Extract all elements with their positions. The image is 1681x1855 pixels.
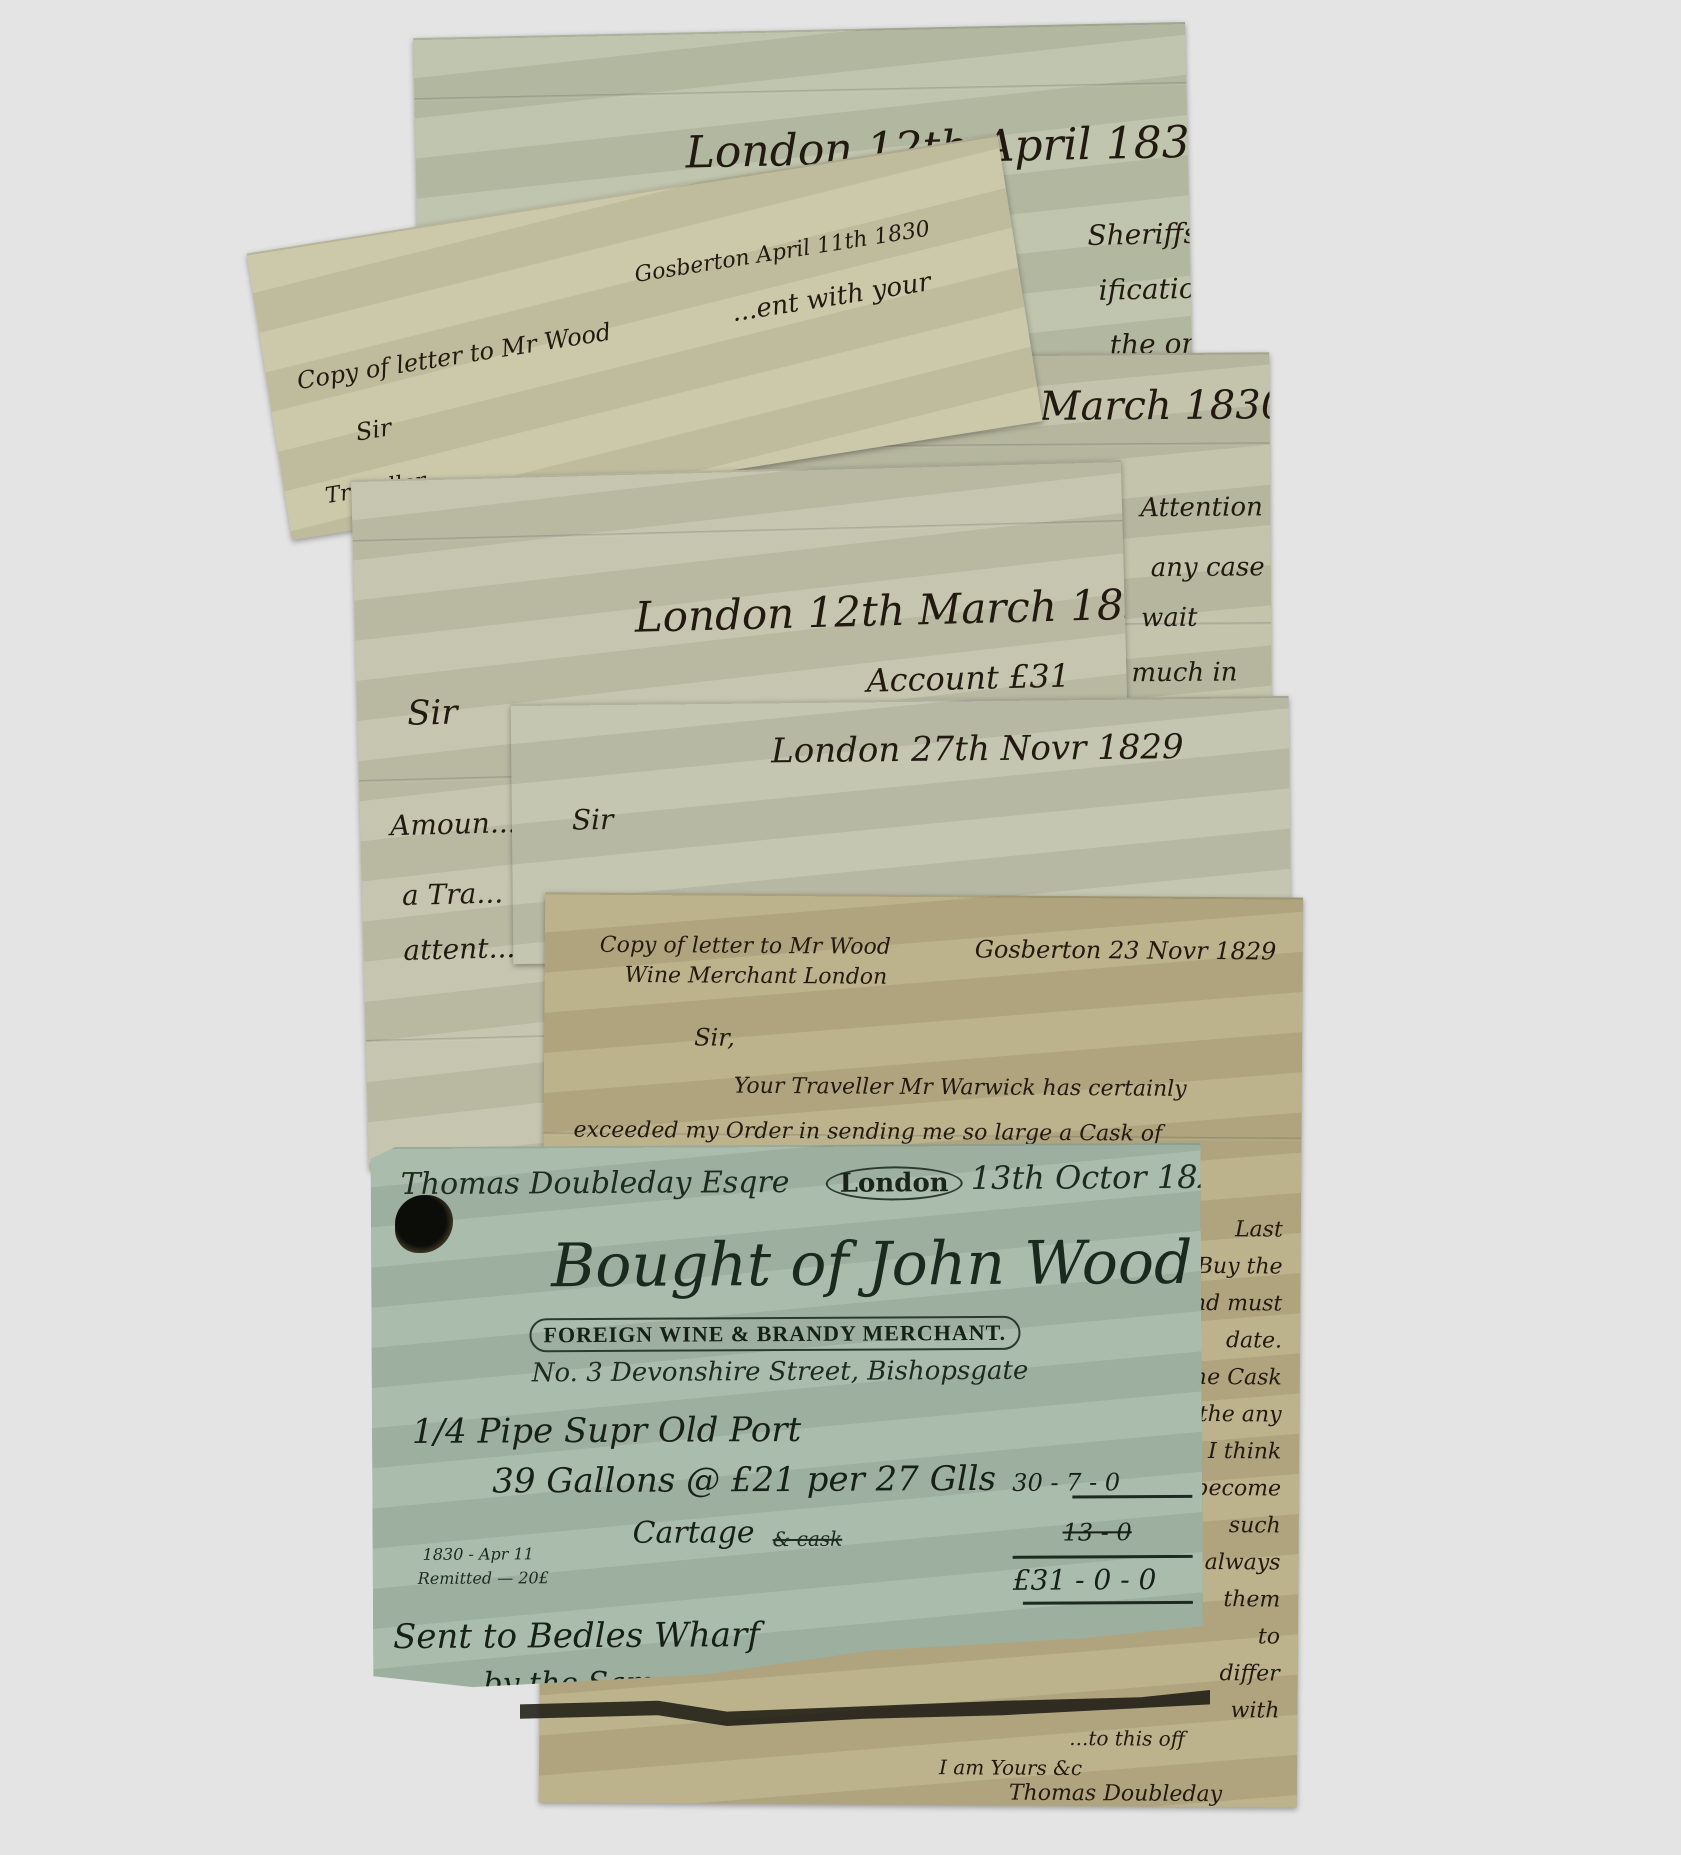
letter-closing: I am Yours &c — [939, 1755, 1082, 1780]
receipt-total: £31 - 0 - 0 — [1013, 1563, 1157, 1597]
amount-rule — [1072, 1495, 1192, 1499]
letter-fragment: a Tra... — [402, 876, 504, 912]
letter-fragment: Sheriffs — [1087, 217, 1195, 252]
letter-fragment: with — [1231, 1698, 1280, 1723]
receipt-seller-heading: Bought of John Wood — [551, 1228, 1193, 1301]
letter-fragment: Attention — [1140, 492, 1263, 523]
receipt-addressee: Thomas Doubleday Esqre — [401, 1165, 790, 1202]
receipt-trade-label: FOREIGN WINE & BRANDY MERCHANT. — [529, 1316, 1020, 1353]
letter-heading: Copy of letter to Mr Wood — [600, 933, 891, 960]
letter-date-line: London 27th Novr 1829 — [771, 727, 1184, 771]
letter-fragment: wait — [1141, 603, 1198, 633]
letter-fragment: to — [1258, 1624, 1280, 1649]
letter-salutation: Sir — [354, 413, 394, 446]
merchant-receipt: Thomas Doubleday Esqre London 13th Octor… — [371, 1143, 1204, 1722]
letter-fragment: much in — [1131, 658, 1237, 689]
letter-closing: ...to this off — [1069, 1726, 1185, 1751]
letter-fragment: differ — [1219, 1661, 1279, 1686]
letter-salutation: Sir — [572, 803, 614, 836]
letter-heading: Copy of letter to Mr Wood — [295, 318, 613, 395]
paper-fold — [353, 520, 1123, 543]
letter-fragment: date. — [1226, 1328, 1282, 1353]
receipt-place: London — [826, 1166, 963, 1201]
letter-fragment: ...ent with your — [730, 267, 933, 328]
receipt-item-amount: 30 - 7 - 0 — [1012, 1468, 1120, 1497]
letter-fragment: attent... — [403, 931, 516, 967]
letter-fragment: I think — [1208, 1439, 1281, 1465]
letter-fragment: Amoun... — [390, 806, 517, 842]
receipt-item: 1/4 Pipe Supr Old Port — [412, 1410, 801, 1452]
letter-fragment: always — [1205, 1550, 1281, 1576]
letter-date-line: London 12th March 1830 — [634, 579, 1139, 642]
letter-fragment: any case — [1151, 552, 1265, 583]
letter-fragment: such — [1229, 1513, 1281, 1538]
letter-heading: Wine Merchant London — [625, 963, 888, 990]
receipt-struck-word: & cask — [772, 1527, 842, 1551]
receipt-date: 13th Octor 1829 — [971, 1158, 1204, 1197]
letter-fragment: become — [1194, 1476, 1281, 1502]
letter-fragment: Last — [1235, 1217, 1283, 1242]
receipt-margin-note: 1830 - Apr 11 — [423, 1544, 534, 1564]
letter-date-line: Gosberton 23 Novr 1829 — [975, 935, 1277, 965]
receipt-item-amount: 13 - 0 — [1062, 1518, 1131, 1546]
receipt-item: Cartage — [632, 1515, 754, 1551]
letter-fragment: Buy the — [1197, 1254, 1283, 1280]
letter-fragment: ification — [1098, 271, 1195, 306]
paper-fold — [414, 82, 1186, 101]
receipt-margin-note: Remitted — 20£ — [418, 1568, 549, 1588]
letter-fragment: Account £31 — [866, 656, 1070, 699]
letter-fragment: them — [1223, 1587, 1280, 1612]
letter-salutation: Sir — [407, 692, 458, 733]
total-rule — [1023, 1601, 1193, 1605]
receipt-item: 39 Gallons @ £21 per 27 Glls — [492, 1459, 996, 1502]
receipt-shipping-line: Sent to Bedles Wharf — [393, 1615, 760, 1657]
letter-salutation: Sir, — [694, 1023, 735, 1051]
amount-rule — [1013, 1555, 1193, 1559]
receipt-address: No. 3 Devonshire Street, Bishopsgate — [532, 1356, 1029, 1389]
letter-body-line: exceeded my Order in sending me so large… — [573, 1118, 1162, 1147]
letter-fragment: the any — [1199, 1402, 1282, 1428]
letter-signature: Thomas Doubleday — [1009, 1781, 1222, 1807]
letter-body-line: Your Traveller Mr Warwick has certainly — [734, 1074, 1187, 1102]
